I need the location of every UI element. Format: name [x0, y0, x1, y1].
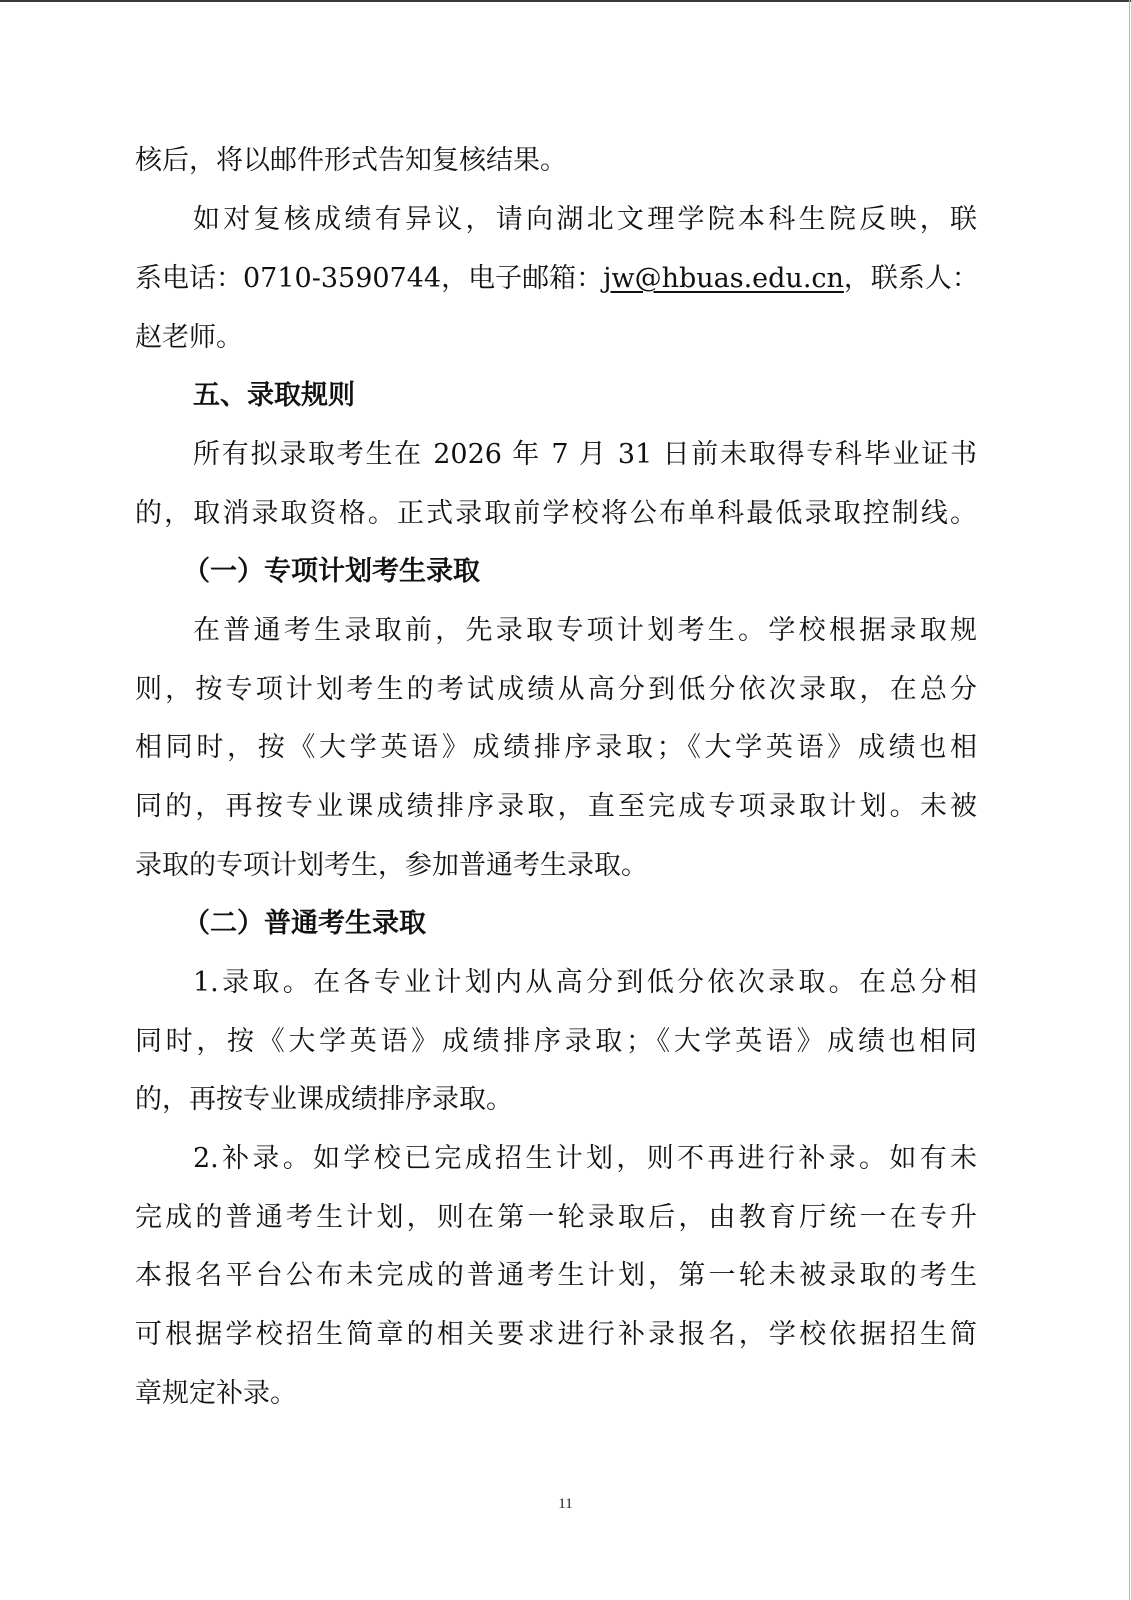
paragraph-line: 1.录取。在各专业计划内从高分到低分依次录取。在总分相: [193, 965, 977, 1001]
subsection-heading: （二）普通考生录取: [183, 906, 1025, 942]
contact-line: 系电话：0710-3590744，电子邮箱：jw@hbuas.edu.cn，联系…: [135, 261, 977, 297]
paragraph-line: 相同时，按《大学英语》成绩排序录取；《大学英语》成绩也相: [135, 730, 977, 766]
paragraph-line: 同的，再按专业课成绩排序录取，直至完成专项录取计划。未被: [135, 789, 977, 825]
paragraph-line: 2.补录。如学校已完成招生计划，则不再进行补录。如有未: [193, 1141, 977, 1177]
email-link[interactable]: jw@hbuas.edu.cn: [603, 263, 844, 294]
section-heading: 五、录取规则: [193, 378, 977, 414]
paragraph-line: 所有拟录取考生在 2026 年 7 月 31 日前未取得专科毕业证书: [193, 437, 977, 473]
phone-text: 系电话：0710-3590744，电子邮箱：: [135, 263, 603, 294]
paragraph-line: 赵老师。: [135, 320, 977, 356]
page-number: 11: [0, 1496, 1131, 1513]
paragraph-line: 则，按专项计划考生的考试成绩从高分到低分依次录取，在总分: [135, 672, 977, 708]
paragraph-line: 本报名平台公布未完成的普通考生计划，第一轮未被录取的考生: [135, 1258, 977, 1294]
paragraph-line: 录取的专项计划考生，参加普通考生录取。: [135, 848, 977, 884]
paragraph-line: 在普通考生录取前，先录取专项计划考生。学校根据录取规: [193, 613, 977, 649]
document-page: 核后，将以邮件形式告知复核结果。 如对复核成绩有异议，请向湖北文理学院本科生院反…: [0, 0, 1131, 1600]
paragraph-line: 同时，按《大学英语》成绩排序录取；《大学英语》成绩也相同: [135, 1024, 977, 1060]
paragraph-line: 完成的普通考生计划，则在第一轮录取后，由教育厅统一在专升: [135, 1200, 977, 1236]
paragraph-line: 的，取消录取资格。正式录取前学校将公布单科最低录取控制线。: [135, 496, 977, 532]
paragraph-line: 可根据学校招生简章的相关要求进行补录报名，学校依据招生简: [135, 1317, 977, 1353]
contact-person-label: ，联系人：: [844, 263, 979, 294]
subsection-heading: （一）专项计划考生录取: [183, 554, 1025, 590]
paragraph-line: 的，再按专业课成绩排序录取。: [135, 1082, 977, 1118]
paragraph-line: 如对复核成绩有异议，请向湖北文理学院本科生院反映，联: [193, 202, 977, 238]
paragraph-line: 核后，将以邮件形式告知复核结果。: [135, 143, 977, 179]
paragraph-line: 章规定补录。: [135, 1376, 977, 1412]
